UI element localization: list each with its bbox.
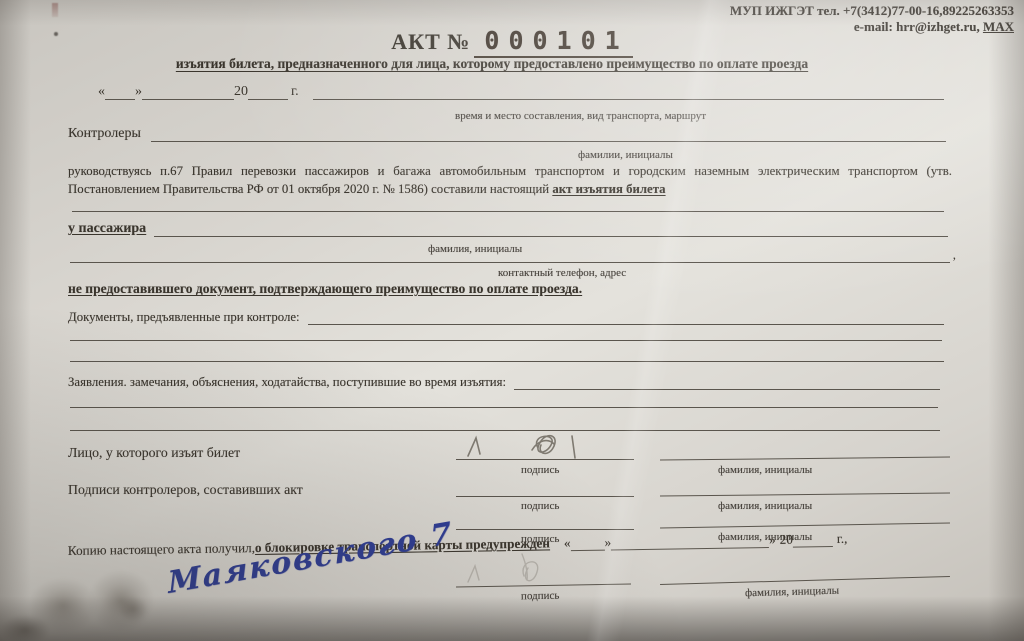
legal-paragraph: руководствуясь п.67 Правил перевозки пас… bbox=[68, 163, 952, 198]
contact-blank-line bbox=[70, 247, 950, 263]
controllers-blank-line bbox=[151, 126, 946, 142]
no-document-statement: не предоставившего документ, подтверждаю… bbox=[68, 281, 582, 297]
caption-time-place: время и место составления, вид транспорт… bbox=[455, 110, 706, 122]
blank-line-2 bbox=[70, 340, 942, 341]
caption-name-1: фамилия, инициалы bbox=[718, 464, 812, 476]
handwritten-address: Маяковского 7 bbox=[167, 516, 454, 601]
year-blank bbox=[248, 84, 288, 100]
org-contact-line: МУП ИЖГЭТ тел. +7(3412)77-00-16,89225263… bbox=[730, 3, 1014, 19]
controllers-signatures-label: Подписи контролеров, составивших акт bbox=[68, 482, 303, 498]
recipient-name-line bbox=[660, 576, 950, 585]
footer-year-suffix: г., bbox=[837, 531, 848, 547]
pen-scribble-signature bbox=[460, 430, 630, 462]
smudge-stain-2 bbox=[88, 570, 154, 632]
footer-month-blank bbox=[611, 532, 769, 550]
statements-blank-line bbox=[514, 374, 940, 390]
year-prefix: 20 bbox=[234, 84, 248, 100]
controller1-signature-line bbox=[456, 496, 634, 497]
passenger-label: у пассажира bbox=[68, 221, 146, 237]
blank-line-5 bbox=[70, 430, 940, 431]
documents-blank-line bbox=[308, 309, 944, 325]
controller2-signature-line bbox=[456, 529, 634, 530]
caption-signature-1: подпись bbox=[521, 464, 559, 476]
documents-row: Документы, предъявленные при контроле: bbox=[68, 309, 944, 325]
contact-comma: , bbox=[953, 247, 956, 263]
caption-signature-2: подпись bbox=[521, 500, 559, 512]
blank-line-4 bbox=[70, 407, 938, 408]
act-title-label: АКТ № bbox=[391, 29, 470, 54]
controllers-row: Контролеры bbox=[68, 126, 946, 142]
controller1-name-line bbox=[660, 492, 950, 496]
person-seized-label: Лицо, у которого изъят билет bbox=[68, 445, 240, 461]
photographed-document: МУП ИЖГЭТ тел. +7(3412)77-00-16,89225263… bbox=[0, 0, 1024, 641]
footer-quote-close-2: » bbox=[769, 532, 776, 548]
person-name-line bbox=[660, 456, 950, 460]
day-blank bbox=[105, 84, 135, 100]
caption-signature-4: подпись bbox=[521, 590, 560, 603]
statements-label: Заявления. замечания, объяснения, ходата… bbox=[68, 375, 506, 390]
smudge-stain-3 bbox=[0, 615, 50, 641]
statements-row: Заявления. замечания, объяснения, ходата… bbox=[68, 374, 940, 390]
caption-surnames: фамилии, инициалы bbox=[578, 149, 673, 161]
smudge-stain-1 bbox=[28, 578, 98, 633]
quote-open: « bbox=[98, 84, 105, 100]
controllers-label: Контролеры bbox=[68, 126, 141, 142]
footer-year-blank bbox=[793, 531, 833, 548]
recipient-signature-line bbox=[456, 583, 631, 587]
caption-name-4: фамилия, инициалы bbox=[745, 585, 839, 600]
act-number-stamp: 000101 bbox=[474, 26, 632, 58]
blank-line-1 bbox=[72, 211, 944, 212]
caption-name-2: фамилия, инициалы bbox=[718, 500, 812, 512]
document-title: АКТ № 000101 bbox=[0, 26, 1024, 55]
smudge-stain-4 bbox=[118, 596, 148, 622]
person-signature-line bbox=[456, 459, 634, 460]
quote-close: » bbox=[135, 84, 142, 100]
month-blank bbox=[142, 84, 234, 100]
place-blank-line bbox=[313, 84, 944, 100]
blank-line-3 bbox=[70, 361, 944, 362]
red-streak-mark bbox=[52, 3, 58, 17]
legal-paragraph-text: руководствуясь п.67 Правил перевозки пас… bbox=[68, 164, 952, 196]
year-suffix: г. bbox=[291, 84, 299, 100]
legal-paragraph-emphasis: акт изъятия билета bbox=[552, 182, 665, 196]
caption-contact: контактный телефон, адрес bbox=[498, 267, 626, 279]
controller2-name-line bbox=[660, 522, 950, 528]
document-subtitle: изъятия билета, предназначенного для лиц… bbox=[0, 56, 984, 72]
documents-label: Документы, предъявленные при контроле: bbox=[68, 310, 300, 325]
passenger-row: у пассажира bbox=[68, 221, 948, 237]
footer-day-blank bbox=[570, 535, 604, 552]
date-row: « » 20 г. bbox=[98, 84, 944, 100]
passenger-name-blank bbox=[154, 221, 948, 237]
footer-year-prefix: 20 bbox=[780, 532, 793, 548]
contact-row: , bbox=[70, 247, 956, 263]
pen-scribble-faint bbox=[458, 552, 608, 586]
